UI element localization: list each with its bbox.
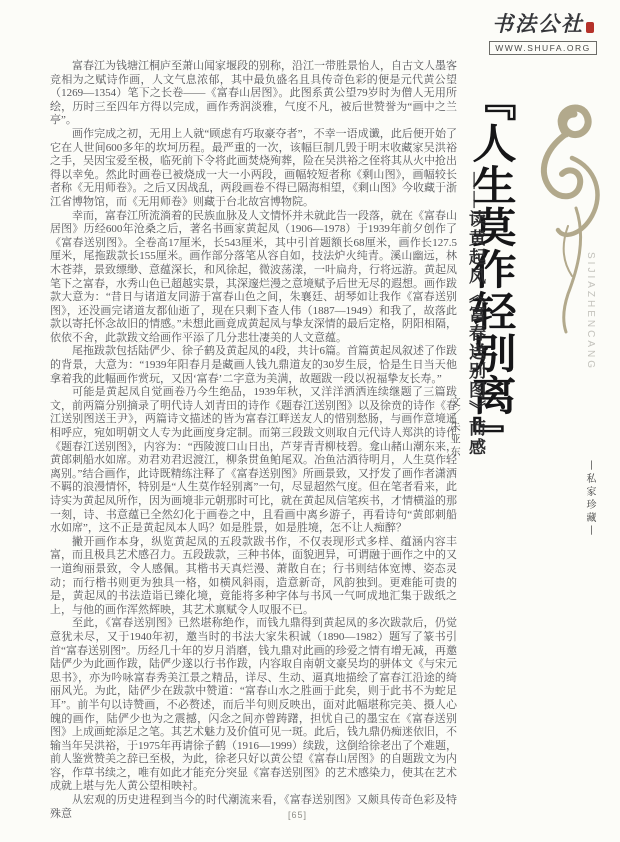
article-paragraph: 尾拖跋款包括陆俨少、徐子鹤及黄起凤的4段，共计6篇。首篇黄起凤叙述了作跋的背景，… xyxy=(50,345,457,386)
publisher-logo-calligraphy: 书法公社 xyxy=(492,12,584,36)
article-body: 富春江为钱塘江桐庐至萧山闻家堰段的别称，沿江一带胜景怡人，自古文人墨客竞相为之赋… xyxy=(50,60,457,821)
article-paragraph: 幸而，富春江所流淌着的民族血脉及人文情怀并未就此告一段落，就在《富春山居图》历经… xyxy=(50,210,457,346)
article-paragraph: 撇开画作本身，纵览黄起凤的五段款跋书作，不仅表现形式多样、蕴涵内容丰富，而且极具… xyxy=(50,536,457,618)
article-paragraph: 从宏观的历史进程到当今的时代潮流来看，《富春送别图》又颇具传奇色彩及特殊意 xyxy=(50,794,457,821)
page-number: [65] xyxy=(288,810,307,820)
article-paragraph: 富春江为钱塘江桐庐至萧山闻家堰段的别称，沿江一带胜景怡人，自古文人墨客竞相为之赋… xyxy=(50,60,457,128)
publisher-url: WWW.SHUFA.ORG xyxy=(489,41,597,55)
article-paragraph: 画作完成之初，无用上人就“顾虑有巧取豪夺者”，不幸一语成谶，此后便开始了它在人世… xyxy=(50,128,457,210)
series-label-chinese: 丨私家珍藏丨 xyxy=(582,460,597,538)
scroll-flourish-icon xyxy=(520,98,612,336)
article-paragraph: 可能是黄起凤自觉画卷乃今生绝品，1939年秋，又洋洋洒洒连续继题了三篇跋文，前两… xyxy=(50,386,457,536)
publisher-logo: 书法公社 WWW.SHUFA.ORG xyxy=(478,8,608,56)
series-label-latin: SIJIAZHENCANG xyxy=(585,252,596,371)
article-paragraph: 至此，《富春送别图》已然堪称绝作，而钱九鼎得到黄起凤的多次跋款后，仍觉意犹未尽，… xyxy=(50,617,457,794)
red-seal-icon xyxy=(586,22,594,33)
magazine-page: 书法公社 WWW.SHUFA.ORG SIJIAZHENCANG 丨私家珍藏丨 … xyxy=(0,0,620,842)
article-subtitle: ——读黄起凤《富春送别图》而感 xyxy=(463,172,488,457)
